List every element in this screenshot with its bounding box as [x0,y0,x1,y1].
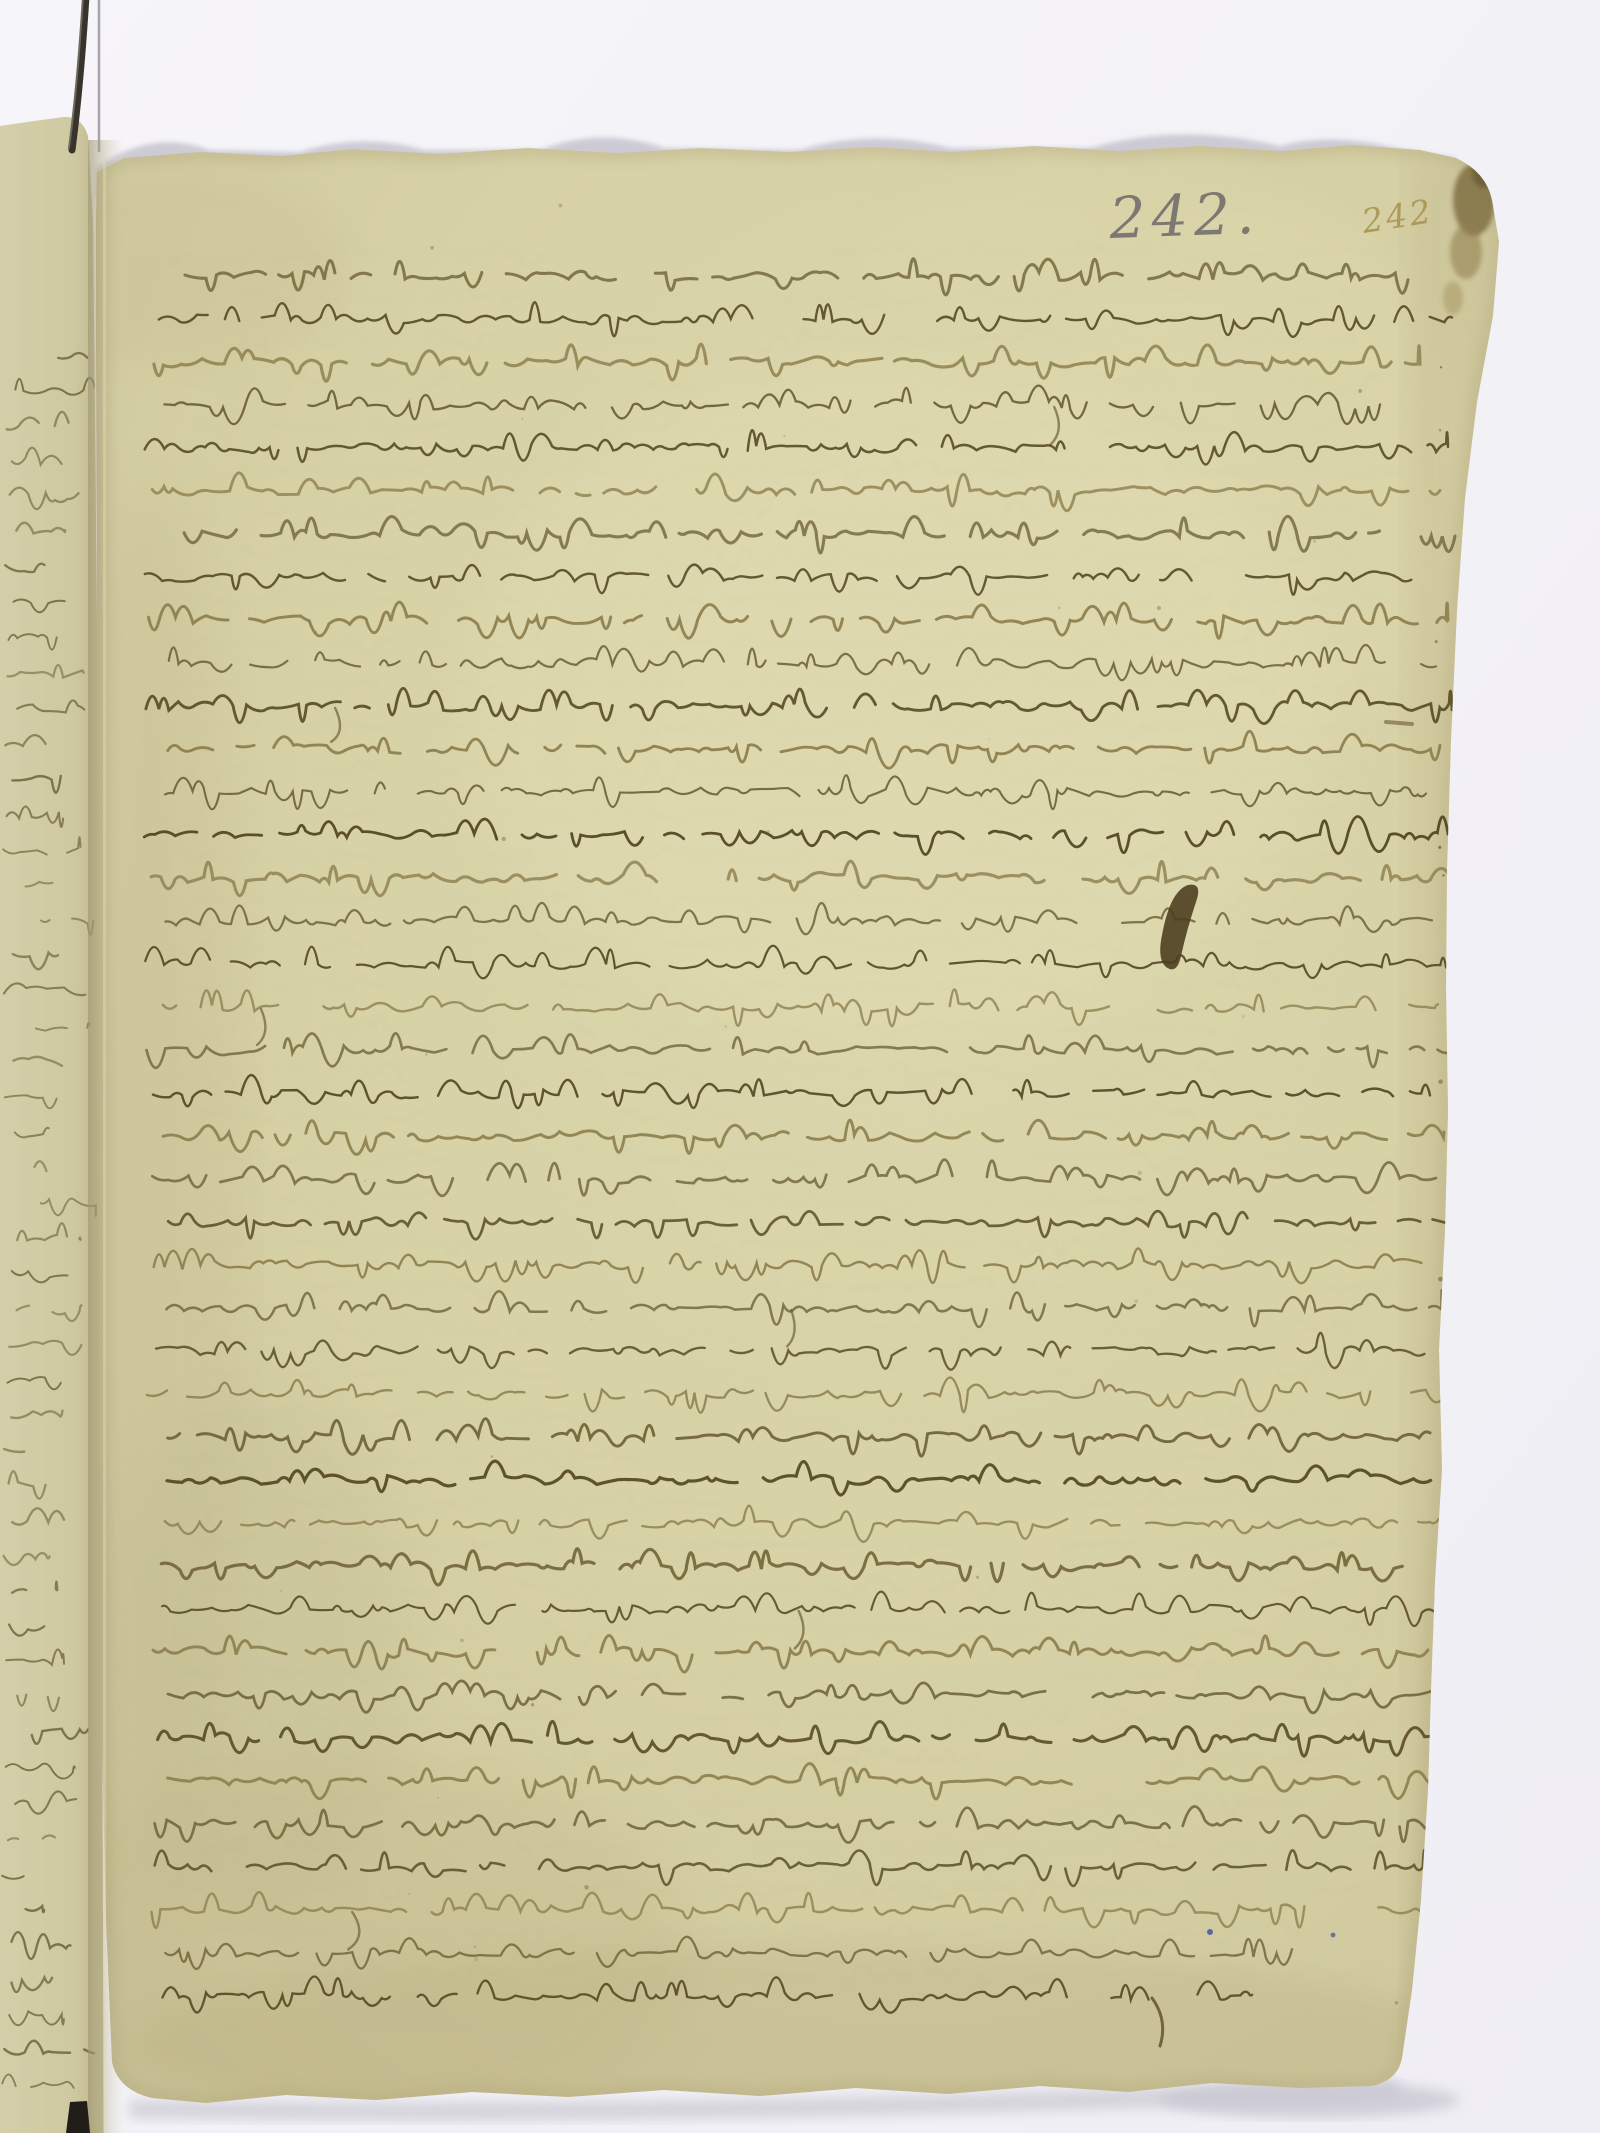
blue-mark [1331,1933,1336,1938]
speck [1358,389,1362,393]
speck [425,1053,428,1056]
speck [280,1590,282,1592]
speck [531,1703,535,1707]
speck [976,1576,979,1579]
speck [783,435,785,437]
speck [460,1639,464,1643]
page-number-pencil: 242. [1107,181,1261,252]
speck [315,631,317,633]
gutter-highlight [103,150,106,2133]
blue-mark [1207,1929,1213,1935]
speck [837,1786,840,1789]
edge-speck [1438,1079,1443,1084]
speck [988,738,990,740]
speck [522,418,524,420]
speck [724,1025,727,1028]
speck [474,1957,478,1961]
speck [1200,1303,1204,1307]
speck [502,837,506,841]
ink-dash [1386,722,1412,724]
binding-thread-bottom [66,2101,90,2133]
edge-speck [1440,366,1442,368]
speck [584,1885,589,1890]
speck [1134,1299,1138,1303]
speck [474,1946,476,1948]
speck [437,1797,439,1799]
speck [1313,540,1316,543]
manuscript-photo: 242. 242 [0,0,1600,2133]
speck [559,204,563,208]
edge-speck [1439,429,1442,432]
edge-speck [1435,640,1438,643]
speck [1157,606,1161,610]
speck [1138,1171,1142,1175]
edge-speck [1438,846,1441,849]
speck [747,1564,750,1567]
speck [591,1319,593,1321]
speck [364,1180,366,1182]
speck [1395,2001,1399,2005]
manuscript-scan: 242. 242 [0,0,1600,2133]
speck [766,830,770,834]
speck [408,1893,410,1895]
speck [430,246,434,250]
speck [1058,606,1061,609]
speck [1242,1014,1246,1018]
edge-speck [1442,874,1445,877]
edge-speck [1438,1277,1443,1282]
speck [490,1455,493,1458]
